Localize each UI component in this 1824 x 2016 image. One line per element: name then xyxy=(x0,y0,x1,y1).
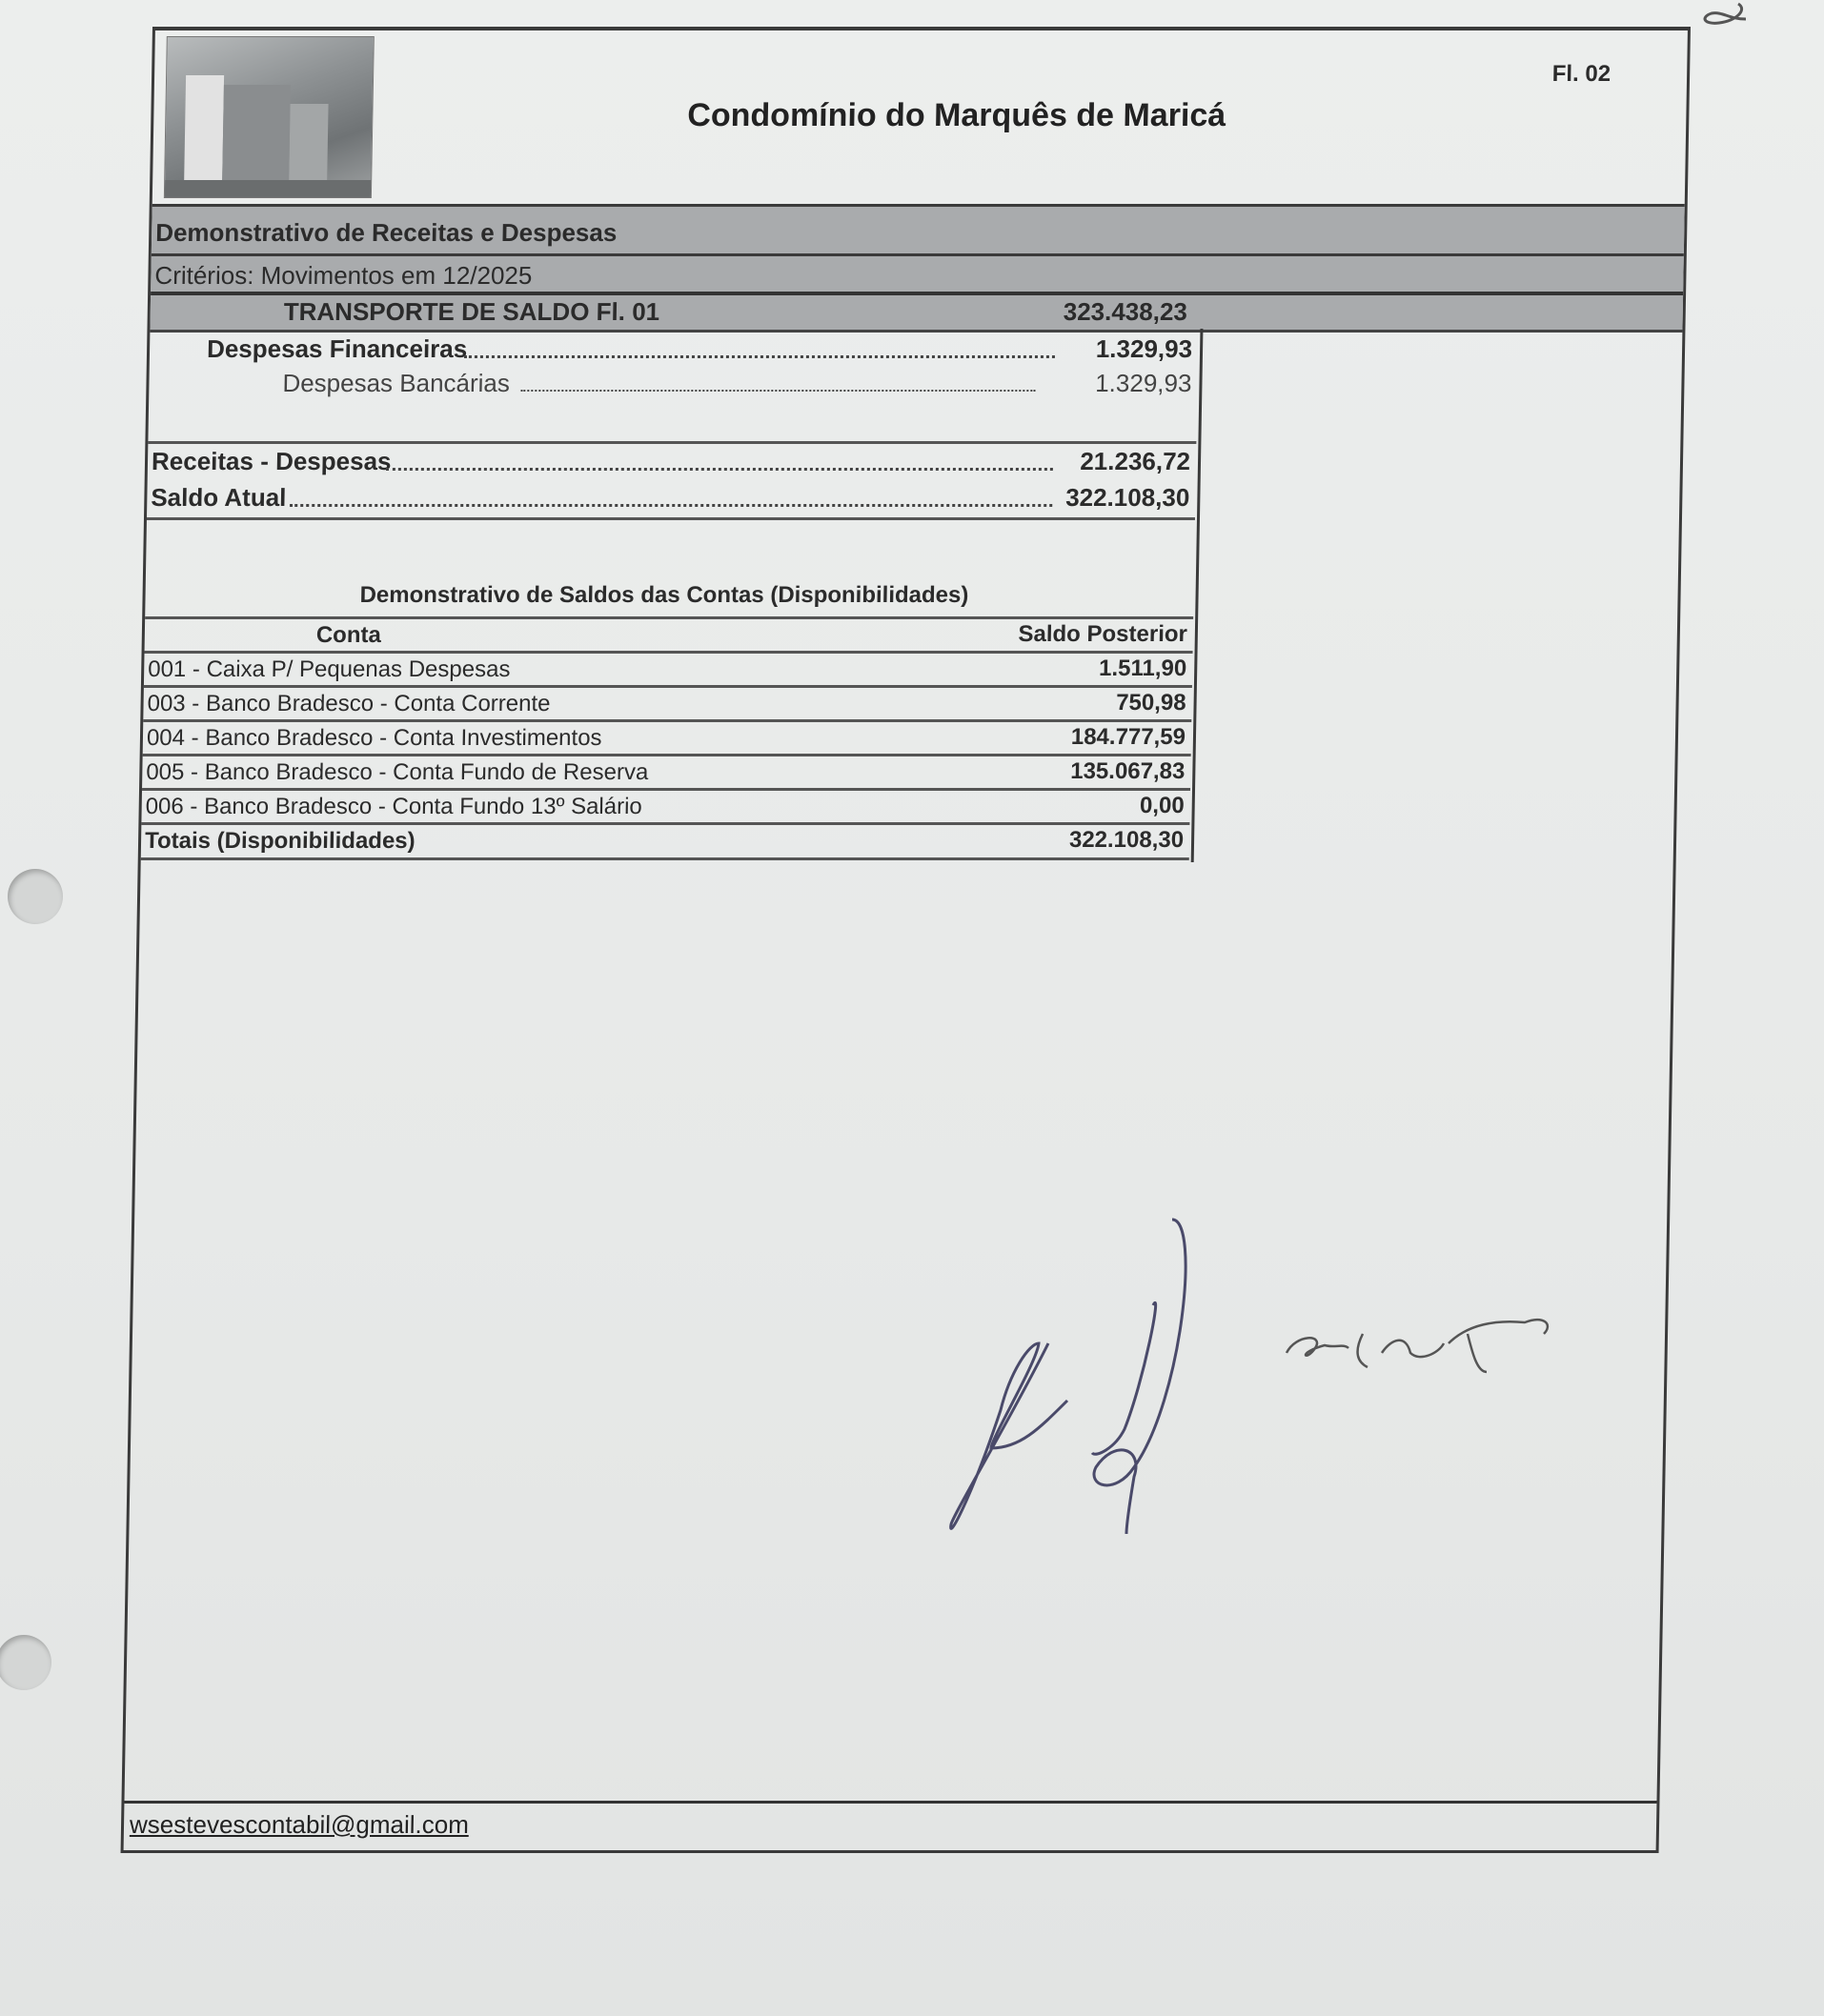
statement-body: Despesas Financeiras 1.329,93 Despesas B… xyxy=(141,329,1204,862)
document-frame: Fl. 02 Condomínio do Marquês de Maricá D… xyxy=(121,27,1691,1853)
section-header: Demonstrativo de Receitas e Despesas xyxy=(152,204,1685,256)
table-row: 003 - Banco Bradesco - Conta Corrente 75… xyxy=(143,685,1192,720)
table-header: Conta Saldo Posterior xyxy=(145,616,1194,652)
footer-divider xyxy=(124,1801,1656,1804)
punch-hole xyxy=(0,1635,51,1690)
signature-3-icon xyxy=(1277,1296,1591,1401)
criteria-text: Critérios: Movimentos em 12/2025 xyxy=(154,261,532,291)
page-number: Fl. 02 xyxy=(1552,61,1611,88)
contact-email[interactable]: wsestevescontabil@gmail.com xyxy=(130,1810,469,1840)
table-row: 001 - Caixa P/ Pequenas Despesas 1.511,9… xyxy=(144,651,1193,686)
table-row: 004 - Banco Bradesco - Conta Investiment… xyxy=(143,719,1192,755)
carry-over-label: TRANSPORTE DE SALDO Fl. 01 xyxy=(284,297,660,327)
handwritten-mark-icon xyxy=(1691,0,1757,38)
table-total-row: Totais (Disponibilidades) 322.108,30 xyxy=(141,822,1190,860)
criteria-bar: Critérios: Movimentos em 12/2025 xyxy=(151,253,1684,294)
table-row: 006 - Banco Bradesco - Conta Fundo 13º S… xyxy=(141,788,1190,823)
section-title: Demonstrativo de Receitas e Despesas xyxy=(155,218,618,248)
building-photo-icon xyxy=(164,36,375,198)
table-row: 005 - Banco Bradesco - Conta Fundo de Re… xyxy=(142,754,1191,789)
scanned-page: Fl. 02 Condomínio do Marquês de Maricá D… xyxy=(0,0,1824,2016)
page-title: Condomínio do Marquês de Maricá xyxy=(687,97,1226,134)
punch-hole xyxy=(8,869,63,924)
carry-over-value: 323.438,23 xyxy=(1064,297,1188,327)
carry-over-row: TRANSPORTE DE SALDO Fl. 01 323.438,23 xyxy=(150,292,1683,333)
signature-2-icon xyxy=(1077,1210,1229,1553)
document-header: Fl. 02 Condomínio do Marquês de Maricá xyxy=(152,30,1688,207)
balances-table-title: Demonstrativo de Saldos das Contas (Disp… xyxy=(359,582,968,609)
